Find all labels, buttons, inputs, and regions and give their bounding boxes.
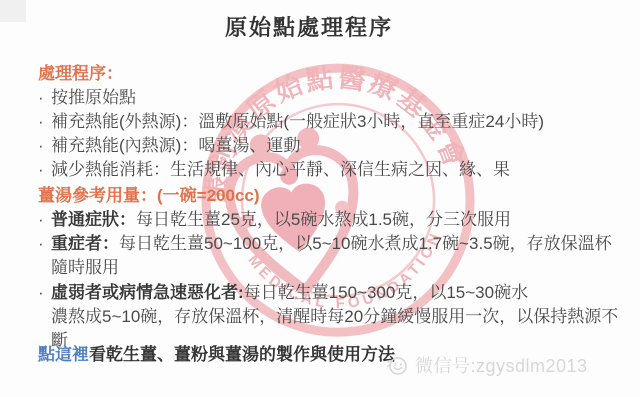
wechat-watermark: 微信号:zgysdlm2013 bbox=[386, 352, 588, 378]
list-item: ·減少熱能消耗：生活規律、內心平靜、深信生病之因、緣、果 bbox=[38, 158, 628, 182]
list-item: ·普通症狀：每日乾生薑25克，以5碗水熬成1.5碗，分三次服用 bbox=[38, 208, 628, 232]
bullet-dot: · bbox=[38, 232, 51, 256]
list-item-continuation: 隨時服用 bbox=[38, 256, 628, 280]
list-item-label: 虛弱者或病情急速惡化者: bbox=[51, 283, 244, 302]
list-item: ·補充熱能(外熱源)：溫敷原始點(一般症狀3小時，直至重症24小時) bbox=[38, 110, 628, 134]
list-item-text: 每日乾生薑50~100克，以5~10碗水煮成1.7碗~3.5碗，存放保溫杯 bbox=[119, 234, 612, 253]
smiley-icon bbox=[386, 354, 408, 376]
list-item-label: 普通症狀： bbox=[51, 210, 136, 229]
page: 張釗漢原始點醫療基金會 MEDICAL FOUNDATION 原始點處理程序 處… bbox=[0, 0, 640, 397]
list-item-text: 減少熱能消耗：生活規律、內心平靜、深信生病之因、緣、果 bbox=[51, 160, 510, 179]
list-item: ·重症者：每日乾生薑50~100克，以5~10碗水煮成1.7碗~3.5碗，存放保… bbox=[38, 232, 628, 256]
bullet-dot: · bbox=[38, 208, 51, 232]
list-item-text: 按推原始點 bbox=[51, 88, 136, 107]
wechat-id: 微信号:zgysdlm2013 bbox=[415, 352, 588, 378]
section2-heading: 薑湯參考用量：(一碗=200cc) bbox=[38, 184, 628, 208]
list-item-label: 重症者： bbox=[51, 234, 119, 253]
list-item-text: 補充熱能(外熱源)：溫敷原始點(一般症狀3小時，直至重症24小時) bbox=[51, 112, 544, 131]
page-title: 原始點處理程序 bbox=[0, 11, 618, 42]
bullet-dot: · bbox=[38, 134, 51, 158]
list-item-text: 每日乾生薑25克，以5碗水熬成1.5碗，分三次服用 bbox=[136, 210, 511, 229]
list-item-text: 每日乾生薑150~300克，以15~30碗水 bbox=[244, 283, 528, 302]
list-item-text: 補充熱能(內熱源)：喝薑湯、運動 bbox=[51, 136, 300, 155]
list-item: ·虛弱者或病情急速惡化者:每日乾生薑150~300克，以15~30碗水 bbox=[38, 281, 628, 305]
list-item: ·補充熱能(內熱源)：喝薑湯、運動 bbox=[38, 134, 628, 158]
bullet-dot: · bbox=[38, 110, 51, 134]
content: 處理程序： ·按推原始點 ·補充熱能(外熱源)：溫敷原始點(一般症狀3小時，直至… bbox=[38, 62, 628, 353]
bullet-dot: · bbox=[38, 281, 51, 305]
footer-note: 點這裡看乾生薑、薑粉與薑湯的製作與使用方法 bbox=[38, 344, 395, 366]
section1-heading: 處理程序： bbox=[38, 62, 628, 86]
list-item: ·按推原始點 bbox=[38, 86, 628, 110]
bullet-dot: · bbox=[38, 86, 51, 110]
click-here-link[interactable]: 點這裡 bbox=[38, 345, 89, 364]
footer-text: 看乾生薑、薑粉與薑湯的製作與使用方法 bbox=[89, 345, 395, 364]
bullet-dot: · bbox=[38, 158, 51, 182]
